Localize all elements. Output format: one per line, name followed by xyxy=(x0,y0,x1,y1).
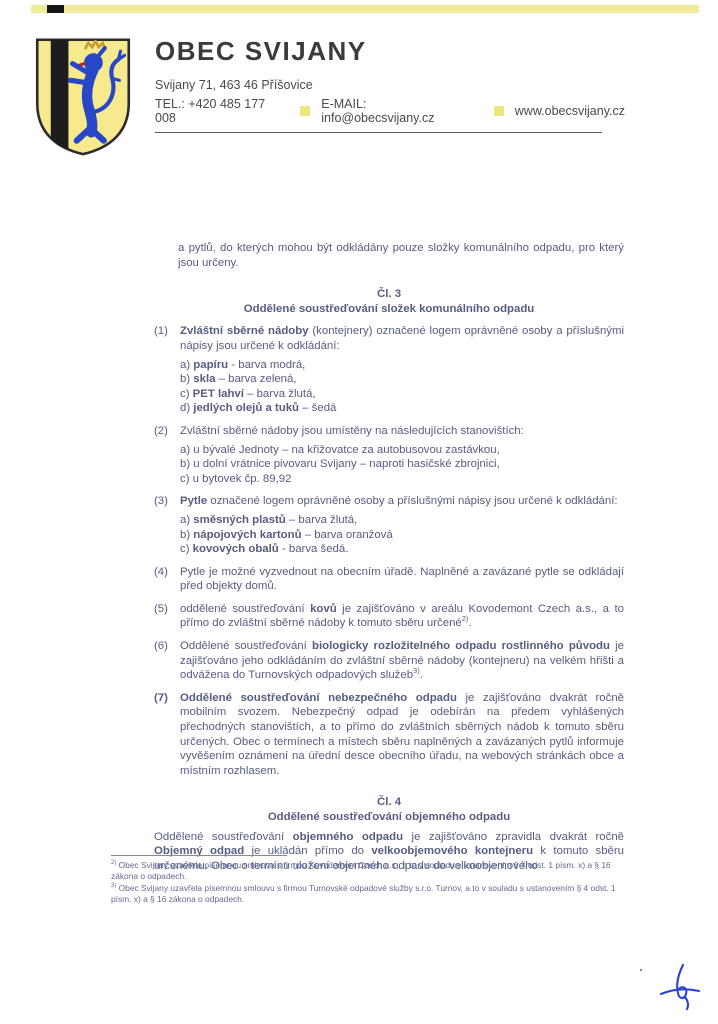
text-segment: skla xyxy=(193,373,215,385)
text-segment: PET lahví xyxy=(193,388,244,400)
sub-item: a) u bývalé Jednoty – na křižovatce za a… xyxy=(180,443,624,458)
header-rule xyxy=(155,132,602,133)
text-segment: směsných plastů xyxy=(193,514,285,526)
text-segment: – barva žlutá, xyxy=(286,514,358,526)
item-text: Pytle je možné vyzvednout na obecním úřa… xyxy=(180,566,624,593)
footnote: 3) Obec Svijany uzavřela písemnou smlouv… xyxy=(111,883,619,906)
document-body: a pytlů, do kterých mohou být odkládány … xyxy=(154,241,624,873)
numbered: (1)Zvláštní sběrné nádoby (kontejnery) o… xyxy=(154,324,624,353)
text-segment: je zajišťováno dvakrát ročně mobilním sv… xyxy=(180,692,624,777)
item-number: (2) xyxy=(154,424,168,439)
separator-square-icon xyxy=(300,106,310,116)
separator-square-icon xyxy=(494,106,504,116)
text-segment: kovů xyxy=(310,603,337,615)
sub-item: c) u bytovek čp. 89,92 xyxy=(180,472,624,487)
text-segment: – barva oranžová xyxy=(302,529,393,541)
org-address: Svijany 71, 463 46 Příšovice xyxy=(155,78,625,92)
text-segment: - barva modrá, xyxy=(228,359,305,371)
article-3-heading: Čl. 3Oddělené soustřeďování složek komun… xyxy=(154,287,624,316)
footnote-marker: 2) xyxy=(111,860,116,866)
text-segment: a) xyxy=(180,359,193,371)
numbered: (7)Oddělené soustřeďování nebezpečného o… xyxy=(154,691,624,779)
text-segment: Pytle je možné vyzvednout na obecním úřa… xyxy=(180,566,624,593)
text-segment: Oddělené soustřeďování nebezpečného odpa… xyxy=(180,692,457,704)
text-segment: kovových obalů xyxy=(193,543,279,555)
org-name: OBEC SVIJANY xyxy=(155,36,625,67)
text-segment: papíru xyxy=(193,359,228,371)
sub-item: d) jedlých olejů a tuků – šedá xyxy=(180,401,624,416)
text-segment: Pytle xyxy=(180,495,207,507)
item-number: (3) xyxy=(154,494,168,509)
text-segment: Oddělené soustřeďování xyxy=(154,831,293,843)
sub-item: c) PET lahví – barva žlutá, xyxy=(180,387,624,402)
contact-line: TEL.: +420 485 177 008 E-MAIL: info@obec… xyxy=(155,97,625,125)
numbered: (6)Oddělené soustřeďování biologicky roz… xyxy=(154,639,624,683)
item-number: (1) xyxy=(154,324,168,339)
sublist: a) papíru - barva modrá,b) skla – barva … xyxy=(154,358,624,416)
sub-item: a) směsných plastů – barva žlutá, xyxy=(180,513,624,528)
footnote: 2) Obec Svijany uzavřela písemnou smlouv… xyxy=(111,860,619,883)
footnote-marker: 3) xyxy=(111,883,116,889)
text-segment: c) u bytovek čp. 89,92 xyxy=(180,473,291,485)
text-segment: – barva žlutá, xyxy=(244,388,316,400)
item-number: (6) xyxy=(154,639,168,654)
text-segment: je zajišťováno zpravidla dvakrát ročně xyxy=(403,831,624,843)
article-4-heading: Čl. 4Oddělené soustřeďování objemného od… xyxy=(154,795,624,824)
text-segment: b) xyxy=(180,373,193,385)
text-segment: objemného odpadu xyxy=(293,831,403,843)
shield-black-pale xyxy=(51,38,69,159)
phone-label: TEL.: +420 485 177 008 xyxy=(155,97,289,125)
letterhead: OBEC SVIJANY Svijany 71, 463 46 Příšovic… xyxy=(155,36,625,133)
article-heading-line: Čl. 4 xyxy=(154,795,624,810)
signature-mark xyxy=(630,960,710,1015)
website-label: www.obecsvijany.cz xyxy=(515,104,625,118)
text-segment: c) xyxy=(180,388,193,400)
article-heading-line: Oddělené soustřeďování objemného odpadu xyxy=(154,810,624,825)
text-segment: c) xyxy=(180,543,193,555)
item-number: (4) xyxy=(154,565,168,580)
sub-item: b) nápojových kartonů – barva oranžová xyxy=(180,528,624,543)
footnote-ref: 3) xyxy=(413,666,420,675)
text-segment: b) xyxy=(180,529,193,541)
article-heading-line: Čl. 3 xyxy=(154,287,624,302)
text-segment: – barva zelená, xyxy=(215,373,296,385)
sub-item: b) u dolní vrátnice pivovaru Svijany – n… xyxy=(180,457,624,472)
email-label: E-MAIL: info@obecsvijany.cz xyxy=(321,97,483,125)
text-segment: a pytlů, do kterých mohou být odkládány … xyxy=(178,242,624,269)
text-segment: Zvláštní sběrné nádoby jsou umístěny na … xyxy=(180,425,524,437)
sub-item: c) kovových obalů - barva šedá. xyxy=(180,542,624,557)
text-segment: a) u bývalé Jednoty – na křižovatce za a… xyxy=(180,444,500,456)
item-text: Oddělené soustřeďování biologicky rozlož… xyxy=(180,640,624,681)
text-segment: jedlých olejů a tuků xyxy=(193,402,299,414)
text-segment: . xyxy=(468,617,471,629)
text-segment: biologicky rozložitelného odpadu rostlin… xyxy=(312,640,610,652)
text-segment: Zvláštní sběrné nádoby xyxy=(180,325,309,337)
top-accent-bar xyxy=(31,5,699,13)
numbered: (3)Pytle označené logem oprávněné osoby … xyxy=(154,494,624,509)
sublist: a) u bývalé Jednoty – na křižovatce za a… xyxy=(154,443,624,487)
ink-speck xyxy=(640,969,642,971)
item-text: Pytle označené logem oprávněné osoby a p… xyxy=(180,495,618,507)
text-segment: Oddělené soustřeďování xyxy=(180,640,312,652)
intro-paragraph: a pytlů, do kterých mohou být odkládány … xyxy=(178,241,624,270)
text-segment: oddělené soustřeďování xyxy=(180,603,310,615)
text-segment: a) xyxy=(180,514,193,526)
numbered: (5)oddělené soustřeďování kovů je zajišť… xyxy=(154,602,624,631)
item-text: oddělené soustřeďování kovů je zajišťová… xyxy=(180,603,624,630)
text-segment: b) u dolní vrátnice pivovaru Svijany – n… xyxy=(180,458,500,470)
item-number: (5) xyxy=(154,602,168,617)
text-segment: nápojových kartonů xyxy=(193,529,301,541)
numbered: (2)Zvláštní sběrné nádoby jsou umístěny … xyxy=(154,424,624,439)
sub-item: a) papíru - barva modrá, xyxy=(180,358,624,373)
coat-of-arms-svg xyxy=(31,36,135,160)
sub-item: b) skla – barva zelená, xyxy=(180,372,624,387)
text-segment: – šedá xyxy=(299,402,336,414)
item-text: Zvláštní sběrné nádoby jsou umístěny na … xyxy=(180,425,524,437)
text-segment: d) xyxy=(180,402,193,414)
numbered: (4)Pytle je možné vyzvednout na obecním … xyxy=(154,565,624,594)
footnote-block: 2) Obec Svijany uzavřela písemnou smlouv… xyxy=(111,855,619,906)
coat-of-arms xyxy=(31,36,135,160)
sublist: a) směsných plastů – barva žlutá,b) nápo… xyxy=(154,513,624,557)
document-page: OBEC SVIJANY Svijany 71, 463 46 Příšovic… xyxy=(0,0,718,1024)
item-text: Oddělené soustřeďování nebezpečného odpa… xyxy=(180,692,624,777)
text-segment: - barva šedá. xyxy=(279,543,349,555)
top-bar-black-square xyxy=(47,5,64,13)
text-segment: . xyxy=(420,669,423,681)
article-heading-line: Oddělené soustřeďování složek komunálníh… xyxy=(154,302,624,317)
footnote-rule xyxy=(111,855,287,856)
item-number: (7) xyxy=(154,691,168,706)
item-text: Zvláštní sběrné nádoby (kontejnery) ozna… xyxy=(180,325,624,352)
footnotes: 2) Obec Svijany uzavřela písemnou smlouv… xyxy=(111,860,619,906)
text-segment: označené logem oprávněné osoby a přísluš… xyxy=(207,495,617,507)
